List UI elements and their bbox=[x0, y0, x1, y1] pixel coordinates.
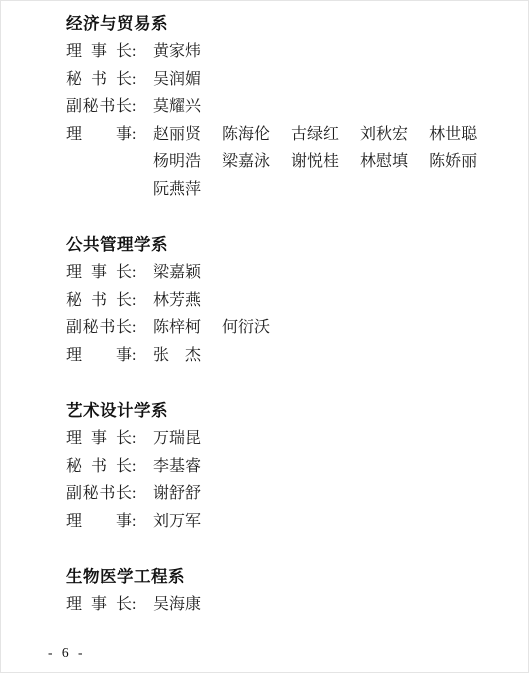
officer-row: 理事: 赵丽贤 陈海伦 古绿红 刘秋宏 林世聪 杨明浩 梁嘉泳 谢悦桂 林慰填 … bbox=[66, 121, 504, 204]
member-name: 阮燕萍 bbox=[153, 176, 201, 204]
role-label: 理事长 bbox=[66, 591, 132, 619]
colon: : bbox=[132, 314, 136, 342]
role-label: 秘书长 bbox=[66, 66, 132, 94]
member-name: 赵丽贤 bbox=[153, 121, 201, 149]
officer-row: 副秘书长: 谢舒舒 bbox=[66, 480, 504, 508]
officer-row: 理事长: 吴海康 bbox=[66, 591, 504, 619]
officer-row: 秘书长: 吴润媚 bbox=[66, 66, 504, 94]
colon: : bbox=[132, 508, 136, 536]
colon: : bbox=[132, 342, 136, 370]
member-names: 林芳燕 bbox=[153, 287, 498, 315]
officer-row: 副秘书长: 莫耀兴 bbox=[66, 93, 504, 121]
section-title: 生物医学工程系 bbox=[66, 563, 504, 591]
officer-row: 理事: 张 杰 bbox=[66, 342, 504, 370]
role-labelbox: 副秘书长: bbox=[66, 93, 153, 121]
member-name: 吴海康 bbox=[153, 591, 201, 619]
member-name: 陈海伦 bbox=[222, 121, 270, 149]
member-name: 陈娇丽 bbox=[429, 148, 477, 176]
member-name: 万瑞昆 bbox=[153, 425, 201, 453]
member-name: 古绿红 bbox=[291, 121, 339, 149]
role-label: 副秘书长 bbox=[66, 93, 132, 121]
colon: : bbox=[132, 93, 136, 121]
role-label: 理事长 bbox=[66, 259, 132, 287]
role-label: 副秘书长 bbox=[66, 480, 132, 508]
officer-row: 秘书长: 李基睿 bbox=[66, 453, 504, 481]
role-label: 秘书长 bbox=[66, 287, 132, 315]
member-name: 谢舒舒 bbox=[153, 480, 201, 508]
role-labelbox: 秘书长: bbox=[66, 66, 153, 94]
role-labelbox: 理事: bbox=[66, 121, 153, 149]
member-names: 赵丽贤 陈海伦 古绿红 刘秋宏 林世聪 杨明浩 梁嘉泳 谢悦桂 林慰填 陈娇丽 … bbox=[153, 121, 498, 204]
member-names: 吴润媚 bbox=[153, 66, 498, 94]
member-name: 林慰填 bbox=[360, 148, 408, 176]
role-labelbox: 理事长: bbox=[66, 591, 153, 619]
role-label: 理事长 bbox=[66, 425, 132, 453]
role-labelbox: 秘书长: bbox=[66, 453, 153, 481]
role-labelbox: 副秘书长: bbox=[66, 480, 153, 508]
colon: : bbox=[132, 287, 136, 315]
member-name: 张 杰 bbox=[153, 342, 201, 370]
colon: : bbox=[132, 591, 136, 619]
member-name: 刘秋宏 bbox=[360, 121, 408, 149]
member-name: 林世聪 bbox=[429, 121, 477, 149]
role-label: 秘书长 bbox=[66, 453, 132, 481]
section-title: 经济与贸易系 bbox=[66, 10, 504, 38]
officer-row: 副秘书长: 陈梓柯 何衍沃 bbox=[66, 314, 504, 342]
member-name: 吴润媚 bbox=[153, 66, 201, 94]
colon: : bbox=[132, 453, 136, 481]
member-names: 陈梓柯 何衍沃 bbox=[153, 314, 498, 342]
member-names: 张 杰 bbox=[153, 342, 498, 370]
role-labelbox: 副秘书长: bbox=[66, 314, 153, 342]
section-title: 艺术设计学系 bbox=[66, 397, 504, 425]
role-labelbox: 秘书长: bbox=[66, 287, 153, 315]
member-name: 莫耀兴 bbox=[153, 93, 201, 121]
colon: : bbox=[132, 259, 136, 287]
member-name: 杨明浩 bbox=[153, 148, 201, 176]
colon: : bbox=[132, 425, 136, 453]
page-number: - 6 - bbox=[48, 645, 86, 661]
member-name: 谢悦桂 bbox=[291, 148, 339, 176]
colon: : bbox=[132, 66, 136, 94]
member-names: 黄家炜 bbox=[153, 38, 498, 66]
section-public-admin: 公共管理学系 理事长: 梁嘉颖 秘书长: 林芳燕 副秘书长: 陈梓柯 何衍沃 理… bbox=[66, 231, 504, 369]
member-names: 莫耀兴 bbox=[153, 93, 498, 121]
member-name: 何衍沃 bbox=[222, 314, 270, 342]
member-name: 黄家炜 bbox=[153, 38, 201, 66]
colon: : bbox=[132, 38, 136, 66]
role-label: 理事长 bbox=[66, 38, 132, 66]
role-labelbox: 理事: bbox=[66, 508, 153, 536]
officer-row: 秘书长: 林芳燕 bbox=[66, 287, 504, 315]
member-names: 万瑞昆 bbox=[153, 425, 498, 453]
member-names: 刘万军 bbox=[153, 508, 498, 536]
member-name: 梁嘉颖 bbox=[153, 259, 201, 287]
member-name: 刘万军 bbox=[153, 508, 201, 536]
role-labelbox: 理事长: bbox=[66, 425, 153, 453]
role-labelbox: 理事长: bbox=[66, 259, 153, 287]
role-labelbox: 理事长: bbox=[66, 38, 153, 66]
section-title: 公共管理学系 bbox=[66, 231, 504, 259]
role-label: 理事 bbox=[66, 508, 132, 536]
document-page: 经济与贸易系 理事长: 黄家炜 秘书长: 吴润媚 副秘书长: 莫耀兴 理事: 赵… bbox=[0, 0, 529, 673]
member-name: 李基睿 bbox=[153, 453, 201, 481]
member-names: 梁嘉颖 bbox=[153, 259, 498, 287]
member-names: 李基睿 bbox=[153, 453, 498, 481]
section-economics-trade: 经济与贸易系 理事长: 黄家炜 秘书长: 吴润媚 副秘书长: 莫耀兴 理事: 赵… bbox=[66, 10, 504, 203]
member-names: 谢舒舒 bbox=[153, 480, 498, 508]
section-biomedical-eng: 生物医学工程系 理事长: 吴海康 bbox=[66, 563, 504, 619]
member-name: 林芳燕 bbox=[153, 287, 201, 315]
member-name: 陈梓柯 bbox=[153, 314, 201, 342]
role-labelbox: 理事: bbox=[66, 342, 153, 370]
role-label: 理事 bbox=[66, 342, 132, 370]
officer-row: 理事长: 万瑞昆 bbox=[66, 425, 504, 453]
role-label: 理事 bbox=[66, 121, 132, 149]
colon: : bbox=[132, 480, 136, 508]
officer-row: 理事长: 黄家炜 bbox=[66, 38, 504, 66]
member-names: 吴海康 bbox=[153, 591, 498, 619]
officer-row: 理事长: 梁嘉颖 bbox=[66, 259, 504, 287]
officer-row: 理事: 刘万军 bbox=[66, 508, 504, 536]
member-name: 梁嘉泳 bbox=[222, 148, 270, 176]
role-label: 副秘书长 bbox=[66, 314, 132, 342]
section-art-design: 艺术设计学系 理事长: 万瑞昆 秘书长: 李基睿 副秘书长: 谢舒舒 理事: 刘… bbox=[66, 397, 504, 535]
colon: : bbox=[132, 121, 136, 149]
